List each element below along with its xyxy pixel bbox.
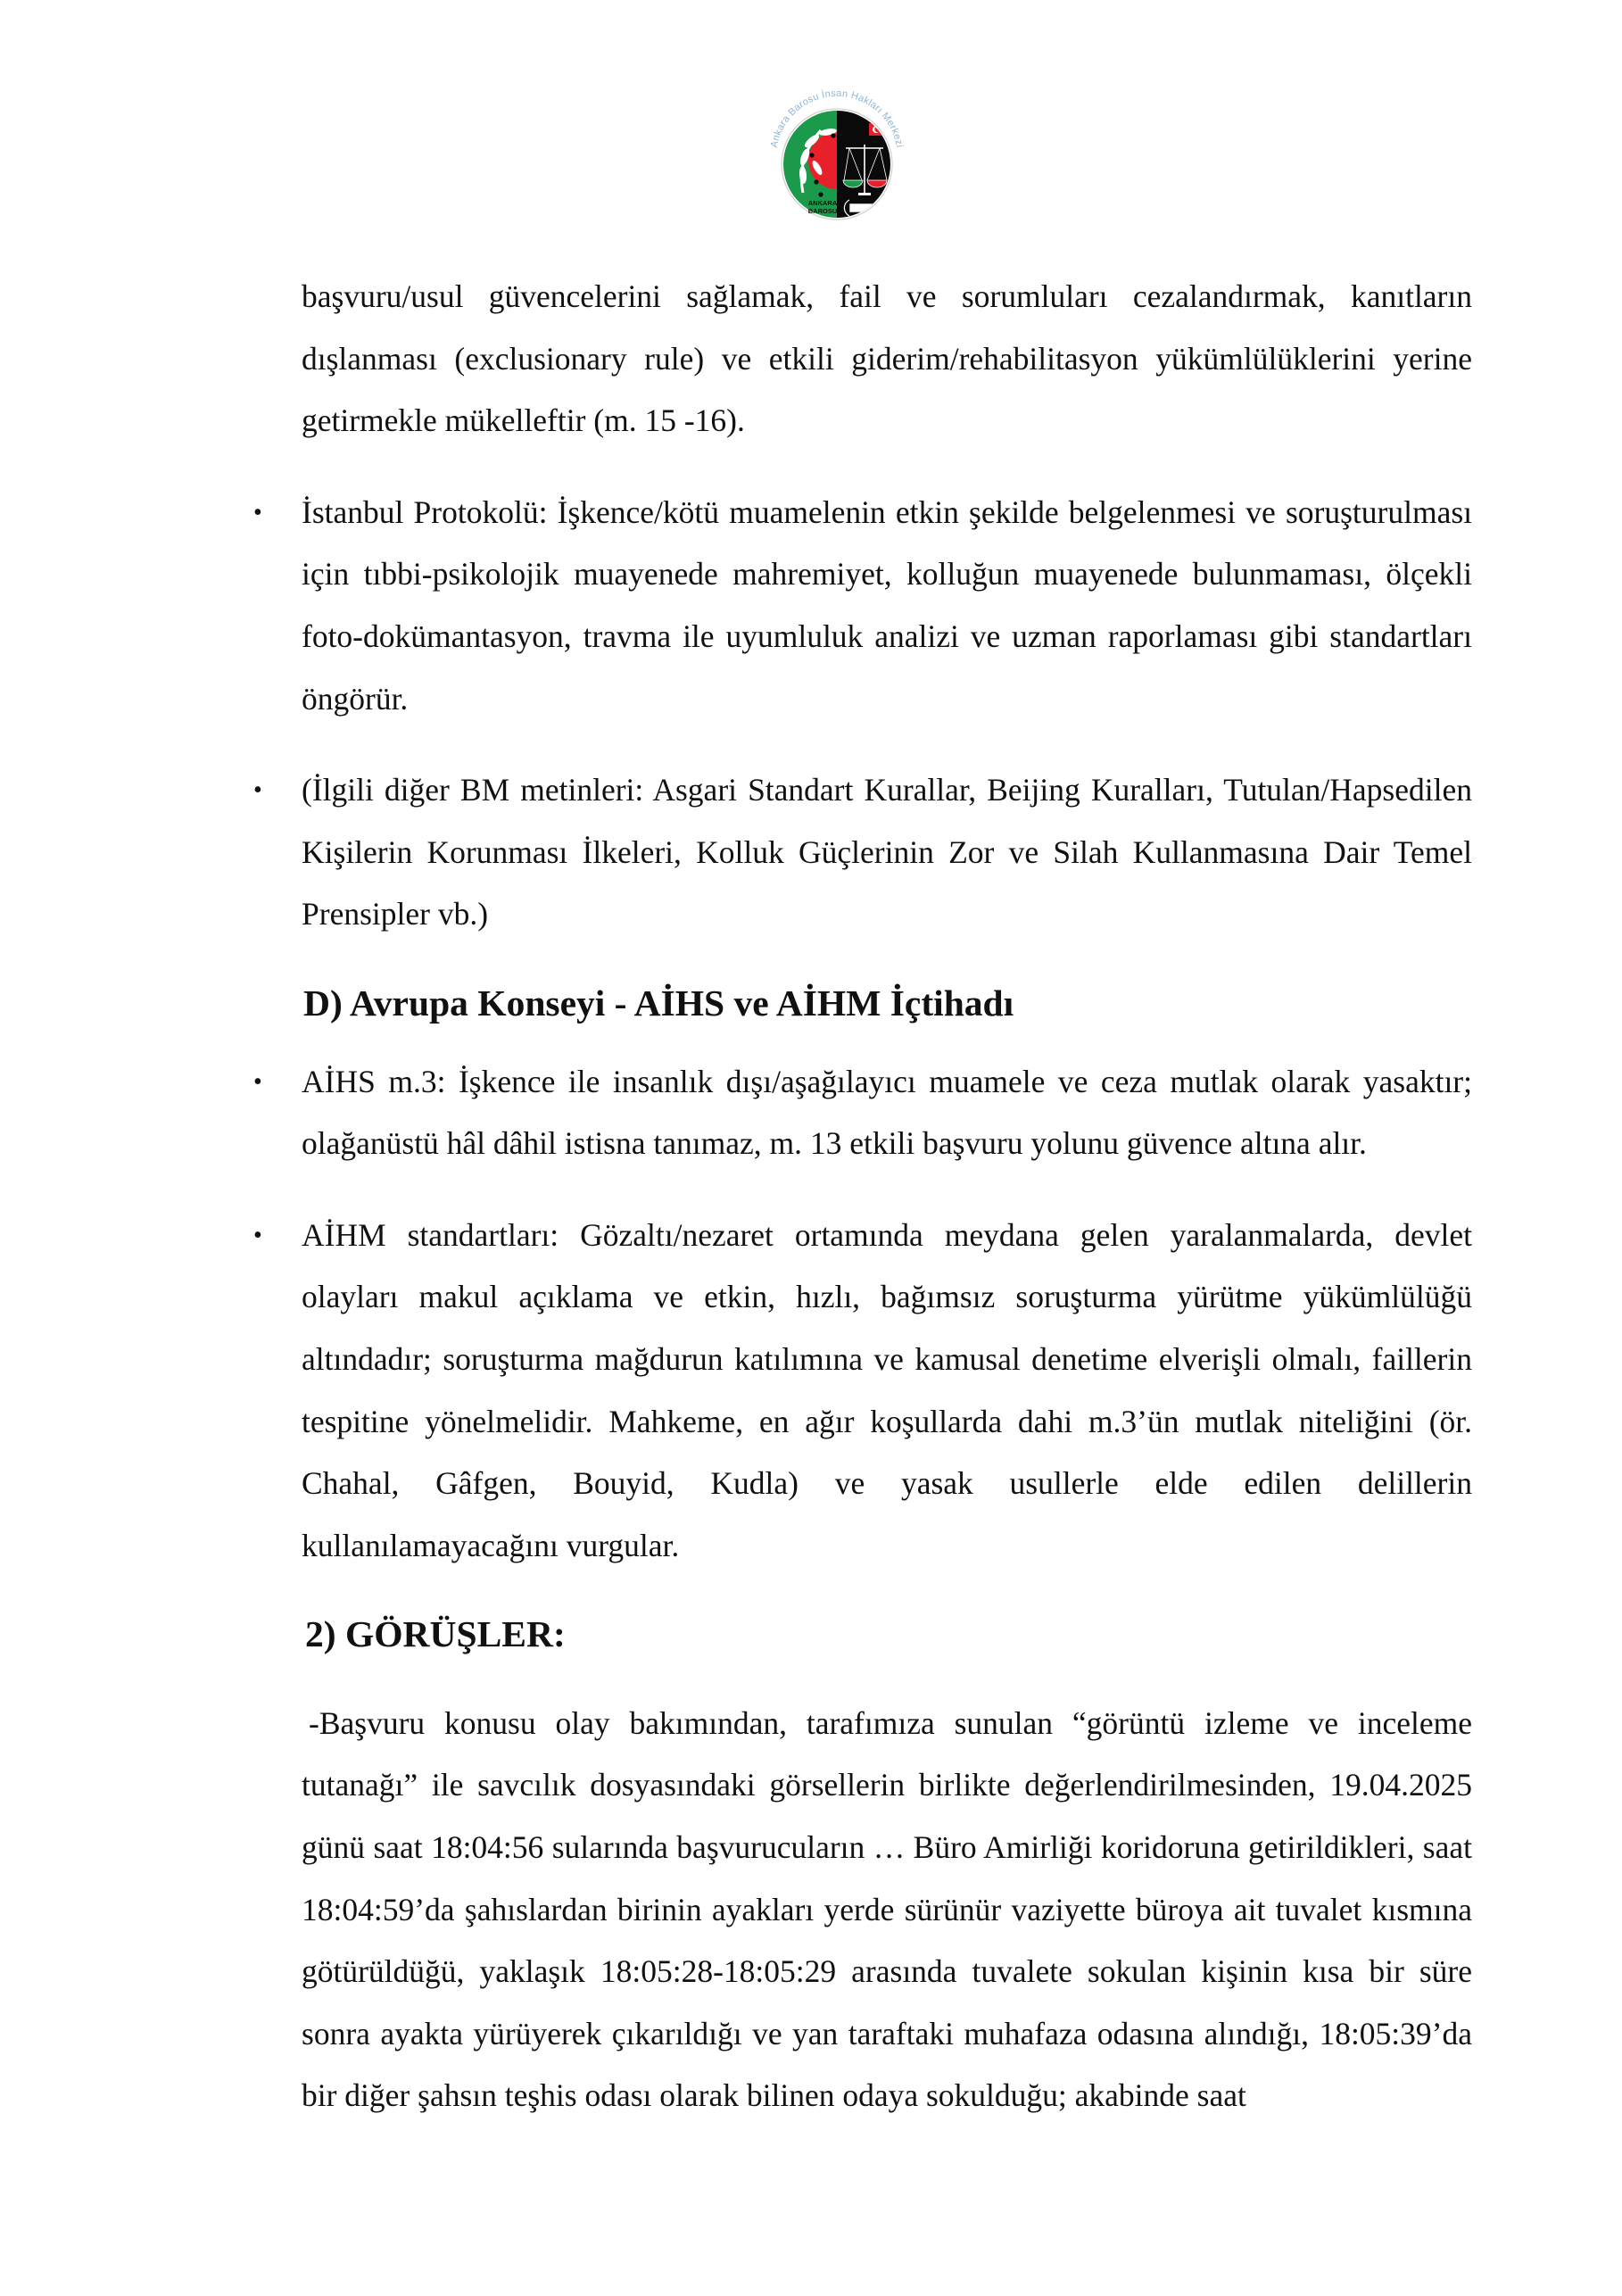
bullet-icon: • xyxy=(253,1205,262,1267)
bullet-icon: • xyxy=(253,482,262,544)
logo-emblem-icon: ANKARA BAROSU Ankara Barosu İnsan Haklar… xyxy=(757,68,917,237)
bullet-text: AİHM standartları: Gözaltı/nezaret ortam… xyxy=(302,1217,1472,1563)
section-2-opinions-heading: 2) GÖRÜŞLER: xyxy=(302,1604,1472,1666)
bullet-text: (İlgili diğer BM metinleri: Asgari Stand… xyxy=(302,772,1472,932)
section-d-heading: D) Avrupa Konseyi - AİHS ve AİHM İçtihad… xyxy=(302,973,1472,1035)
bullet-text: AİHS m.3: İşkence ile insanlık dışı/aşağ… xyxy=(302,1064,1472,1162)
document-body: başvuru/usul güvencelerini sağlamak, fai… xyxy=(302,266,1472,2127)
bullet-echr-standards: • AİHM standartları: Gözaltı/nezaret ort… xyxy=(302,1205,1472,1578)
bullet-istanbul-protocol: • İstanbul Protokolü: İşkence/kötü muame… xyxy=(302,482,1472,730)
bullet-icon: • xyxy=(253,1051,262,1114)
intro-continuation-paragraph: başvuru/usul güvencelerini sağlamak, fai… xyxy=(302,266,1472,452)
document-page: ANKARA BAROSU Ankara Barosu İnsan Haklar… xyxy=(0,0,1622,2296)
svg-text:ANKARA: ANKARA xyxy=(808,199,838,207)
bullet-echr-article-3: • AİHS m.3: İşkence ile insanlık dışı/aş… xyxy=(302,1051,1472,1175)
bullet-icon: • xyxy=(253,759,262,822)
opinion-paragraph: -Başvuru konusu olay bakımından, tarafım… xyxy=(302,1693,1472,2127)
svg-text:BAROSU: BAROSU xyxy=(808,207,838,215)
bullet-other-un-texts: • (İlgili diğer BM metinleri: Asgari Sta… xyxy=(302,759,1472,946)
ankara-bar-human-rights-center-logo: ANKARA BAROSU Ankara Barosu İnsan Haklar… xyxy=(757,68,917,237)
bullet-text: İstanbul Protokolü: İşkence/kötü muamele… xyxy=(302,494,1472,717)
